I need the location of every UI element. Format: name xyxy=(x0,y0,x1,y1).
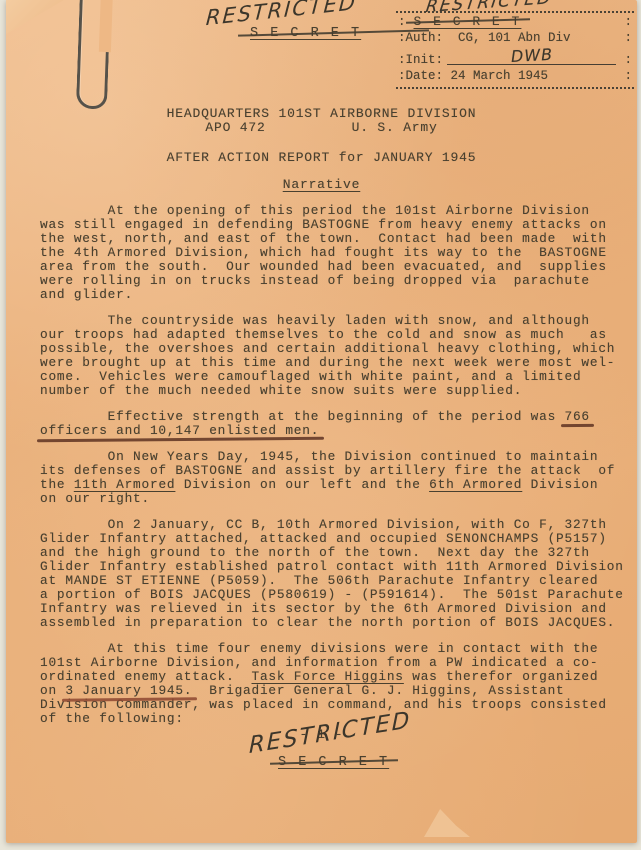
text-segment: at MANDE ST ETIENNE (P5059). The 506th P… xyxy=(40,573,598,588)
handwritten-initials: DWB xyxy=(510,47,553,65)
text-segment: was still engaged in defending BASTOGNE … xyxy=(40,217,607,232)
document-body: At the opening of this period the 101st … xyxy=(40,204,632,738)
text-segment: Division on our left and the xyxy=(175,477,429,492)
stamp-date-text: :Date: 24 March 1945 xyxy=(398,68,548,84)
document-page: RESTRICTED S E C R E T RESTRICTED :S E C… xyxy=(6,0,637,843)
paragraph: On New Years Day, 1945, the Division con… xyxy=(40,450,632,506)
stamp-auth-row: :Auth: CG, 101 Abn Div : xyxy=(398,30,632,46)
text-line: The countryside was heavily laden with s… xyxy=(40,314,632,328)
text-line: On 2 January, CC B, 10th Armored Divisio… xyxy=(40,518,632,532)
text-line: come. Vehicles were camouflaged with whi… xyxy=(40,370,632,384)
text-line: a portion of BOIS JACQUES (P580619) - (P… xyxy=(40,588,632,602)
text-line: officers and 10,147 enlisted men. xyxy=(40,424,632,438)
report-title: AFTER ACTION REPORT for JANUARY 1945 xyxy=(6,150,637,165)
text-line: were rolling in on trucks instead of bei… xyxy=(40,274,632,288)
text-segment: Effective strength at the beginning of t… xyxy=(40,409,564,424)
text-line: Glider Infantry established patrol conta… xyxy=(40,560,632,574)
text-segment: possible, the overshoes and certain addi… xyxy=(40,341,615,356)
text-segment: on xyxy=(40,683,65,698)
text-segment: Brigadier General G. J. Higgins, Assista… xyxy=(192,683,564,698)
classification-marking-top: RESTRICTED S E C R E T xyxy=(206,6,416,41)
text-segment: a portion of BOIS JACQUES (P580619) - (P… xyxy=(40,587,624,602)
stamp-init-label: :Init: xyxy=(398,52,443,68)
text-segment: Glider Infantry established patrol conta… xyxy=(40,559,624,574)
paragraph: Effective strength at the beginning of t… xyxy=(40,410,632,438)
text-segment: At the opening of this period the 101st … xyxy=(40,203,590,218)
text-line: At this time four enemy divisions were i… xyxy=(40,642,632,656)
text-segment: the xyxy=(40,477,74,492)
text-line: possible, the overshoes and certain addi… xyxy=(40,342,632,356)
text-segment: assembled in preparation to clear the no… xyxy=(40,615,615,630)
text-line: on 3 January 1945. Brigadier General G. … xyxy=(40,684,632,698)
stamp-left-colon: :S E C R E T xyxy=(398,14,521,30)
stamp-init-row: :Init: DWB : xyxy=(398,46,632,68)
declassification-stamp: RESTRICTED :S E C R E T : :Auth: CG, 101… xyxy=(396,11,634,89)
text-segment: At this time four enemy divisions were i… xyxy=(40,641,598,656)
text-line: Glider Infantry attached, attacked and o… xyxy=(40,532,632,546)
page-corner-fold xyxy=(6,0,64,34)
text-line: Infantry was relieved in its sector by t… xyxy=(40,602,632,616)
text-line: ordinated enemy attack. Task Force Higgi… xyxy=(40,670,632,684)
text-segment: was therefor organized xyxy=(404,669,599,684)
text-line: were brought up at this time and during … xyxy=(40,356,632,370)
text-line: Effective strength at the beginning of t… xyxy=(40,410,632,424)
stamp-right-colon: : xyxy=(624,14,632,30)
text-segment: the 4th Armored Division, which had foug… xyxy=(40,245,607,260)
underlined-text: officers and 10,147 enlisted men. xyxy=(40,423,319,438)
text-segment: The countryside was heavily laden with s… xyxy=(40,313,590,328)
text-line: area from the south. Our wounded had bee… xyxy=(40,260,632,274)
text-segment: Glider Infantry attached, attacked and o… xyxy=(40,531,607,546)
text-segment: of the following: xyxy=(40,711,184,726)
page-tear-mark xyxy=(424,809,470,837)
text-segment: and glider. xyxy=(40,287,133,302)
stamp-date-row: :Date: 24 March 1945 : xyxy=(398,68,632,84)
text-line: number of the much needed white snow sui… xyxy=(40,384,632,398)
scanned-document-screen: RESTRICTED S E C R E T RESTRICTED :S E C… xyxy=(0,0,641,850)
underlined-text: Task Force Higgins xyxy=(252,669,404,684)
paragraph: At the opening of this period the 101st … xyxy=(40,204,632,302)
text-line: 101st Airborne Division, and information… xyxy=(40,656,632,670)
underlined-text: 6th Armored xyxy=(429,477,522,492)
stamp-init-signature-line: DWB xyxy=(447,46,616,65)
text-segment: number of the much needed white snow sui… xyxy=(40,383,522,398)
narrative-heading: Narrative xyxy=(6,177,637,192)
underlined-text: 766 xyxy=(564,409,589,424)
footer-struck-secret: S E C R E T xyxy=(278,755,389,770)
text-segment: were brought up at this time and during … xyxy=(40,355,615,370)
text-segment: the west, north, and east of the town. C… xyxy=(40,231,607,246)
text-line: and glider. xyxy=(40,288,632,302)
stamp-right-colon: : xyxy=(624,30,632,46)
text-segment: come. Vehicles were camouflaged with whi… xyxy=(40,369,581,384)
text-segment: on our right. xyxy=(40,491,150,506)
text-line: and the high ground to the north of the … xyxy=(40,546,632,560)
text-line: the west, north, and east of the town. C… xyxy=(40,232,632,246)
stamp-struck-secret: S E C R E T xyxy=(414,14,522,29)
text-line: our troops had adapted themselves to the… xyxy=(40,328,632,342)
text-segment: our troops had adapted themselves to the… xyxy=(40,327,607,342)
paragraph: The countryside was heavily laden with s… xyxy=(40,314,632,398)
headquarters-line: HEADQUARTERS 101ST AIRBORNE DIVISION xyxy=(6,106,637,121)
text-segment: area from the south. Our wounded had bee… xyxy=(40,259,607,274)
text-segment: Division xyxy=(522,477,598,492)
text-segment: On 2 January, CC B, 10th Armored Divisio… xyxy=(40,517,607,532)
text-segment: Infantry was relieved in its sector by t… xyxy=(40,601,607,616)
paragraph: On 2 January, CC B, 10th Armored Divisio… xyxy=(40,518,632,630)
text-segment: On New Years Day, 1945, the Division con… xyxy=(40,449,598,464)
text-line: On New Years Day, 1945, the Division con… xyxy=(40,450,632,464)
paragraph: At this time four enemy divisions were i… xyxy=(40,642,632,726)
struck-secret-label: S E C R E T xyxy=(250,26,416,41)
stamp-auth-text: :Auth: CG, 101 Abn Div xyxy=(398,30,571,46)
text-segment: and the high ground to the north of the … xyxy=(40,545,590,560)
apo-army-line: APO 472 U. S. Army xyxy=(6,120,637,135)
paper-clip-mask xyxy=(99,0,113,52)
stamp-right-colon: : xyxy=(624,68,632,84)
text-line: at MANDE ST ETIENNE (P5059). The 506th P… xyxy=(40,574,632,588)
text-line: the 11th Armored Division on our left an… xyxy=(40,478,632,492)
text-segment: its defenses of BASTOGNE and assist by a… xyxy=(40,463,615,478)
text-segment: 101st Airborne Division, and information… xyxy=(40,655,598,670)
text-line: its defenses of BASTOGNE and assist by a… xyxy=(40,464,632,478)
text-line: on our right. xyxy=(40,492,632,506)
text-segment: ordinated enemy attack. xyxy=(40,669,252,684)
text-segment: were rolling in on trucks instead of bei… xyxy=(40,273,590,288)
text-line: was still engaged in defending BASTOGNE … xyxy=(40,218,632,232)
text-line: assembled in preparation to clear the no… xyxy=(40,616,632,630)
text-line: At the opening of this period the 101st … xyxy=(40,204,632,218)
underlined-text: 11th Armored xyxy=(74,477,176,492)
underlined-text: 3 January 1945. xyxy=(65,683,192,698)
stamp-right-colon: : xyxy=(624,52,632,68)
stamp-handwritten-restricted: RESTRICTED xyxy=(425,0,554,15)
stamp-secret-row: :S E C R E T : xyxy=(398,14,632,30)
text-line: the 4th Armored Division, which had foug… xyxy=(40,246,632,260)
